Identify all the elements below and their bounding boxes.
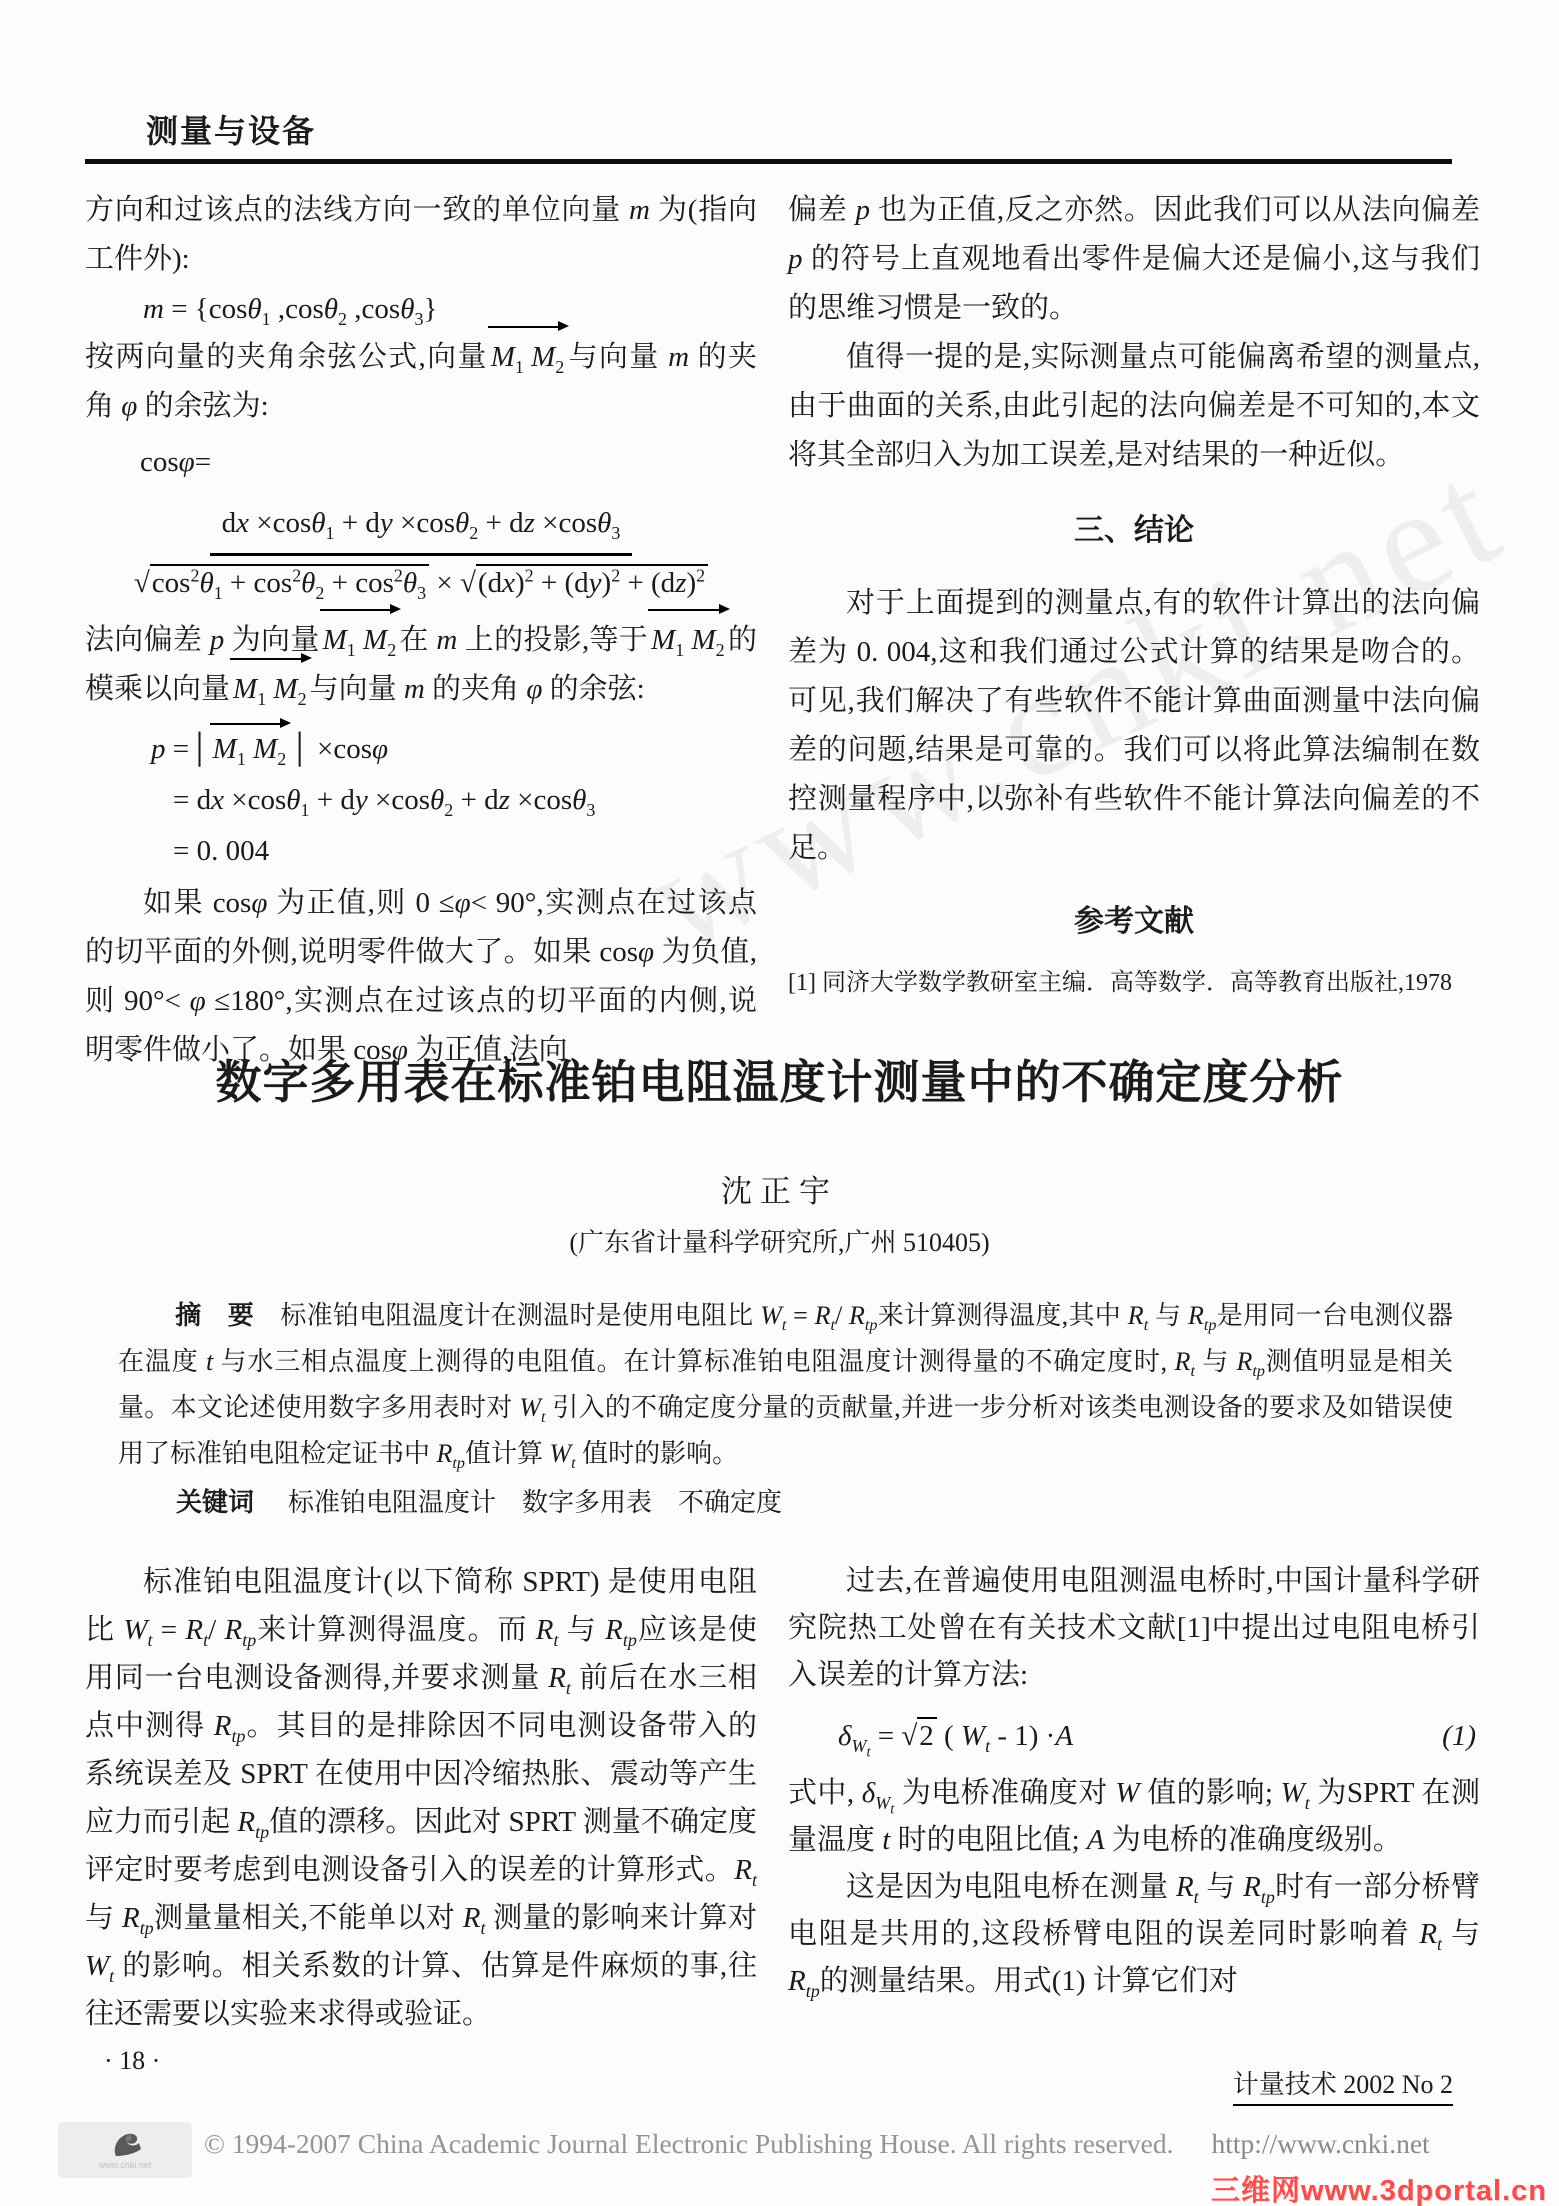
3dportal-watermark: 三维网www.3dportal.cn [1211, 2168, 1547, 2206]
conclusion-heading: 三、结论 [788, 506, 1480, 555]
fraction-numerator: dx ×cosθ1 + dy ×cosθ2 + dz ×cosθ3 [210, 498, 633, 556]
cnki-logo-caption: www.cnki.net [99, 2160, 152, 2170]
paragraph: 这是因为电阻电桥在测量 Rt 与 Rtp时有一部分桥臂电阻是共用的,这段桥臂电阻… [788, 1864, 1480, 2005]
paragraph: 标准铂电阻温度计(以下简称 SPRT) 是使用电阻比 Wt = Rt/ Rtp来… [85, 1558, 757, 2038]
article2-affiliation: (广东省计量科学研究所,广州 510405) [0, 1222, 1559, 1259]
journal-issue: 计量技术 2002 No 2 [1233, 2064, 1453, 2106]
equation-1-row: δWt = √2 ( Wt - 1) ·A (1) [838, 1713, 1480, 1760]
paragraph: 偏差 p 也为正值,反之亦然。因此我们可以从法向偏差 p 的符号上直观地看出零件… [788, 186, 1480, 333]
keywords-line: 关键词标准铂电阻温度计 数字多用表 不确定度 [118, 1479, 1453, 1526]
copyright-text: © 1994-2007 China Academic Journal Elect… [204, 2128, 1173, 2159]
cnki-swoosh-icon [102, 2130, 148, 2160]
keywords-label: 关键词 [176, 1487, 254, 1517]
paragraph: 对于上面提到的测量点,有的软件计算出的法向偏差为 0. 004,这和我们通过公式… [788, 579, 1480, 873]
references-heading: 参考文献 [788, 897, 1480, 946]
equation-1-number: (1) [1442, 1713, 1480, 1760]
copyright-url: http://www.cnki.net [1211, 2128, 1429, 2159]
formula-cos-phi-fraction: dx ×cosθ1 + dy ×cosθ2 + dz ×cosθ3 √cos2θ… [85, 498, 757, 603]
abstract-block: 摘 要 标准铂电阻温度计在测温时是使用电阻比 Wt = Rt/ Rtp来计算测得… [118, 1292, 1453, 1526]
paragraph: 方向和过该点的法线方向一致的单位向量 m 为(指向工件外): [85, 186, 757, 284]
article2-left-column: 标准铂电阻温度计(以下简称 SPRT) 是使用电阻比 Wt = Rt/ Rtp来… [85, 1558, 757, 2038]
paragraph: 按两向量的夹角余弦公式,向量M1 M2与向量 m 的夹角 φ 的余弦为: [85, 333, 757, 431]
formula-p-value: = 0. 004 [173, 832, 757, 871]
copyright-line: © 1994-2007 China Academic Journal Elect… [204, 2128, 1430, 2160]
equation-1: δWt = √2 ( Wt - 1) ·A [838, 1717, 1073, 1756]
abstract-paragraph: 摘 要 标准铂电阻温度计在测温时是使用电阻比 Wt = Rt/ Rtp来计算测得… [118, 1292, 1453, 1477]
formula-p-projection: p =│M1 M2│ ×cosφ [151, 730, 757, 769]
article1-left-column: 方向和过该点的法线方向一致的单位向量 m 为(指向工件外): m = {cosθ… [85, 186, 757, 1075]
abstract-label: 摘 要 [175, 1300, 254, 1330]
header-rule [85, 159, 1452, 164]
paragraph: 值得一提的是,实际测量点可能偏离希望的测量点,由于曲面的关系,由此引起的法向偏差… [788, 333, 1480, 480]
formula-p-expanded: = dx ×cosθ1 + dy ×cosθ2 + dz ×cosθ3 [173, 781, 757, 820]
paragraph: 式中, δWt 为电桥准确度对 W 值的影响; Wt 为SPRT 在测量温度 t… [788, 1770, 1480, 1864]
formula-m-vector: m = {cosθ1 ,cosθ2 ,cosθ3} [143, 290, 757, 329]
article2-title: 数字多用表在标准铂电阻温度计测量中的不确定度分析 [0, 1046, 1559, 1112]
column-header: 测量与设备 [146, 106, 316, 152]
article2-author: 沈正宇 [0, 1166, 1559, 1211]
abstract-text: 标准铂电阻温度计在测温时是使用电阻比 Wt = Rt/ Rtp来计算测得温度,其… [118, 1301, 1453, 1468]
paragraph: 过去,在普遍使用电阻测温电桥时,中国计量科学研究院热工处曾在有关技术文献[1]中… [788, 1558, 1480, 1699]
fraction-denominator: √cos2θ1 + cos2θ2 + cos2θ3 × √(dx)2 + (dy… [134, 556, 708, 603]
article2-right-column: 过去,在普遍使用电阻测温电桥时,中国计量科学研究院热工处曾在有关技术文献[1]中… [788, 1558, 1480, 2005]
reference-item: [1] 同济大学数学教研室主编．高等数学．高等教育出版社,1978 [788, 964, 1480, 1002]
cnki-logo: www.cnki.net [58, 2122, 192, 2178]
article1-right-column: 偏差 p 也为正值,反之亦然。因此我们可以从法向偏差 p 的符号上直观地看出零件… [788, 186, 1480, 1002]
formula-cos-phi: cosφ= [140, 443, 757, 482]
keywords-text: 标准铂电阻温度计 数字多用表 不确定度 [288, 1488, 782, 1517]
journal-page: www.cnki.net 测量与设备 方向和过该点的法线方向一致的单位向量 m … [0, 0, 1559, 2206]
page-number: · 18 · [104, 2046, 160, 2076]
paragraph: 法向偏差 p 为向量M1 M2在 m 上的投影,等于M1 M2的模乘以向量M1 … [85, 616, 757, 714]
